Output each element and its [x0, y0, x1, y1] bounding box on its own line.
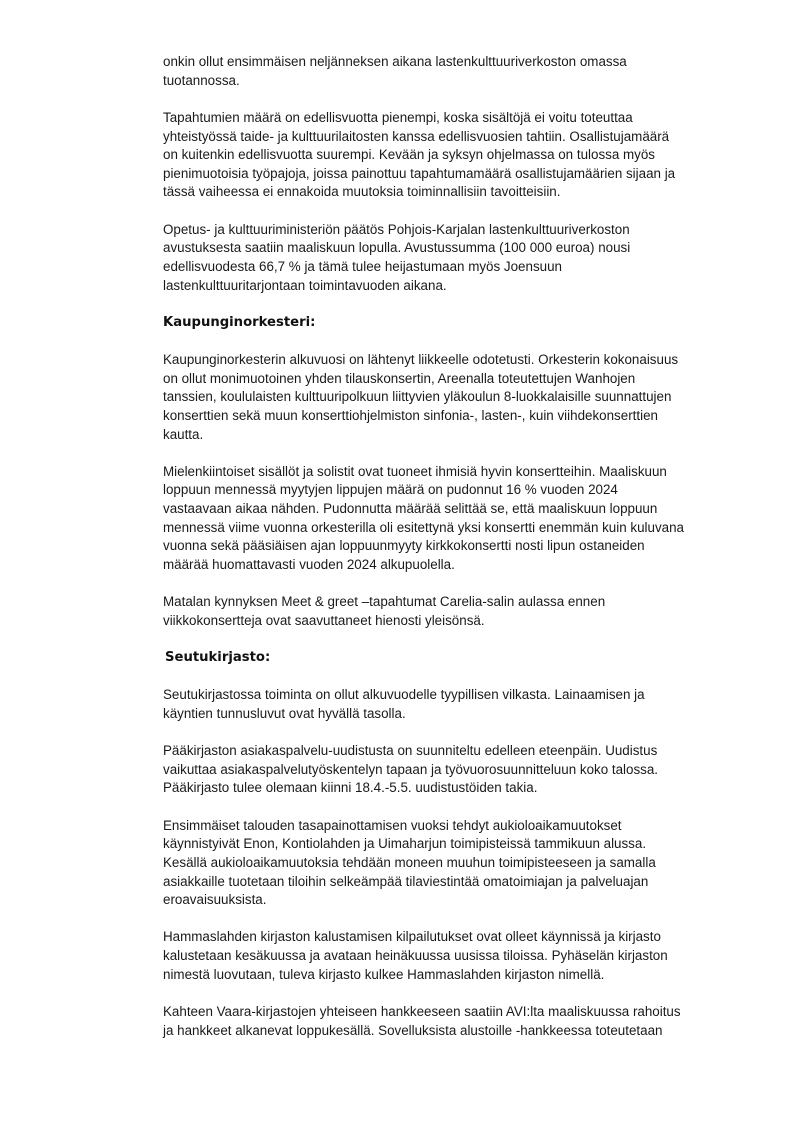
text-line: tuotannossa. [163, 72, 743, 91]
text-line: Pääkirjaston asiakaspalvelu-uudistusta o… [163, 742, 743, 761]
text-line: lastenkulttuuritarjontaan toimintavuoden… [163, 277, 743, 296]
text-line: onkin ollut ensimmäisen neljänneksen aik… [163, 53, 743, 72]
text-line: Ensimmäiset talouden tasapainottamisen v… [163, 817, 743, 836]
paragraph-meet-and-greet: Matalan kynnyksen Meet & greet –tapahtum… [163, 593, 743, 630]
text-line: vastaavaan aikaa nähden. Pudonnutta määr… [163, 500, 743, 519]
text-line: Kaupunginorkesterin alkuvuosi on lähteny… [163, 351, 743, 370]
section-heading-kaupunginorkesteri: Kaupunginorkesteri: [163, 314, 743, 333]
paragraph-okm-avustus: Opetus- ja kulttuuriministeriön päätös P… [163, 221, 743, 296]
paragraph-orkesteri-liput: Mielenkiintoiset sisällöt ja solistit ov… [163, 463, 743, 575]
text-line: Tapahtumien määrä on edellisvuotta piene… [163, 109, 743, 128]
paragraph-tapahtumat: Tapahtumien määrä on edellisvuotta piene… [163, 109, 743, 202]
text-line: määrää huomattavasti vuoden 2024 alkupuo… [163, 556, 743, 575]
text-line: ja hankkeet alkanevat loppukesällä. Sove… [163, 1022, 743, 1041]
paragraph-vaara-hankkeet: Kahteen Vaara-kirjastojen yhteiseen hank… [163, 1003, 743, 1040]
text-line: tanssien, koululaisten kulttuuripolkuun … [163, 388, 743, 407]
paragraph-lastenkulttuuri-intro: onkin ollut ensimmäisen neljänneksen aik… [163, 53, 743, 90]
text-line: käynnistyivät Enon, Kontiolahden ja Uima… [163, 835, 743, 854]
text-line: kalustetaan kesäkuussa ja avataan heinäk… [163, 947, 743, 966]
text-line: avustuksesta saatiin maaliskuun lopulla.… [163, 239, 743, 258]
text-line: kautta. [163, 426, 743, 445]
text-line: on ollut monimuotoinen yhden tilauskonse… [163, 370, 743, 389]
text-line: Opetus- ja kulttuuriministeriön päätös P… [163, 221, 743, 240]
paragraph-orkesteri-alkuvuosi: Kaupunginorkesterin alkuvuosi on lähteny… [163, 351, 743, 444]
text-line: Matalan kynnyksen Meet & greet –tapahtum… [163, 593, 743, 612]
text-line: nimestä luovutaan, tuleva kirjasto kulke… [163, 966, 743, 985]
text-line: tässä vaiheessa ei ennakoida muutoksia t… [163, 183, 743, 202]
document-page: onkin ollut ensimmäisen neljänneksen aik… [163, 53, 743, 1059]
text-line: vuonna sekä pääsiäisen ajan loppuunmyyty… [163, 537, 743, 556]
text-line: Seutukirjastossa toiminta on ollut alkuv… [163, 686, 743, 705]
section-heading-seutukirjasto: Seutukirjasto: [163, 649, 743, 668]
text-line: edellisvuodesta 66,7 % ja tämä tulee hei… [163, 258, 743, 277]
paragraph-seutukirjasto-toiminta: Seutukirjastossa toiminta on ollut alkuv… [163, 686, 743, 723]
text-line: loppuun mennessä myytyjen lippujen määrä… [163, 481, 743, 500]
paragraph-paakirjasto-uudistus: Pääkirjaston asiakaspalvelu-uudistusta o… [163, 742, 743, 798]
text-line: käyntien tunnusluvut ovat hyvällä tasoll… [163, 705, 743, 724]
text-line: eroavaisuuksista. [163, 891, 743, 910]
text-line: pienimuotoisia työpajoja, joissa painott… [163, 165, 743, 184]
text-line: konserttien sekä muun konserttiohjelmist… [163, 407, 743, 426]
paragraph-hammaslahti: Hammaslahden kirjaston kalustamisen kilp… [163, 928, 743, 984]
text-line: asiakkaille tuotetaan tiloihin selkeämpä… [163, 873, 743, 892]
paragraph-aukioloaikamuutokset: Ensimmäiset talouden tasapainottamisen v… [163, 817, 743, 910]
text-line: Hammaslahden kirjaston kalustamisen kilp… [163, 928, 743, 947]
text-line: viikkokonsertteja ovat saavuttaneet hien… [163, 612, 743, 631]
text-line: yhteistyössä taide- ja kulttuurilaitoste… [163, 128, 743, 147]
text-line: Kesällä aukioloaikamuutoksia tehdään mon… [163, 854, 743, 873]
text-line: mennessä viime vuonna orkesterilla oli e… [163, 519, 743, 538]
text-line: vaikuttaa asiakaspalvelutyöskentelyn tap… [163, 761, 743, 780]
text-line: Pääkirjasto tulee olemaan kiinni 18.4.-5… [163, 779, 743, 798]
text-line: Kahteen Vaara-kirjastojen yhteiseen hank… [163, 1003, 743, 1022]
text-line: Mielenkiintoiset sisällöt ja solistit ov… [163, 463, 743, 482]
text-line: on kuitenkin edellisvuotta suurempi. Kev… [163, 146, 743, 165]
